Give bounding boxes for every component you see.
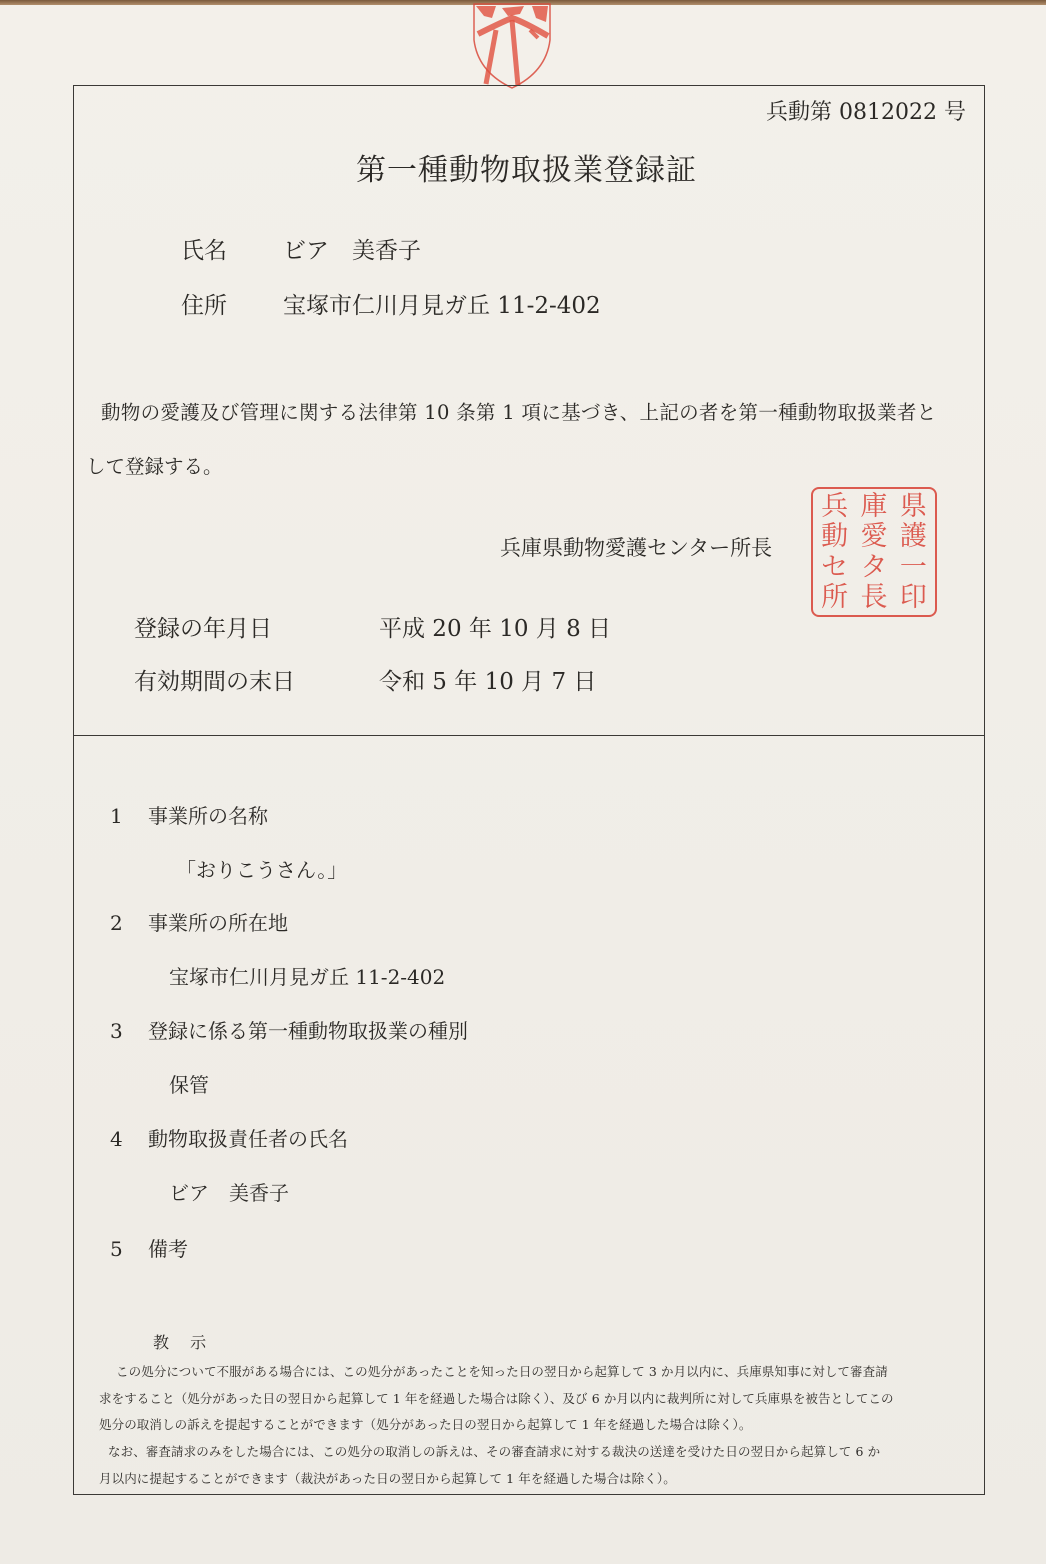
item-heading-remarks: 備考	[148, 1239, 188, 1259]
notice-line: なお、審査請求のみをした場合には、この処分の取消しの訴えは、その審査請求に対する…	[108, 1446, 880, 1459]
registration-number: 兵動第 0812022 号	[766, 102, 966, 124]
address-value: 宝塚市仁川月見ガ丘 11-2-402	[283, 295, 601, 318]
item-number: 4	[110, 1129, 123, 1149]
seal-char: 所	[821, 584, 848, 611]
notice-heading: 教 示	[153, 1335, 214, 1351]
item-number: 5	[110, 1239, 123, 1259]
expiry-date-value: 令和 5 年 10 月 7 日	[379, 671, 596, 694]
notice-line: この処分について不服がある場合には、この処分があったことを知った日の翌日から起算…	[116, 1366, 888, 1379]
seal-char: 庫	[860, 493, 887, 520]
item-heading-business-name: 事業所の名称	[148, 806, 268, 826]
seal-char: タ	[860, 554, 887, 581]
item-number: 1	[110, 806, 123, 826]
name-value: ビア 美香子	[283, 240, 421, 263]
item-value-business-name: 「おりこうさん。」	[176, 860, 347, 880]
notice-line: 処分の取消しの訴えを提起することができます（処分があった日の翌日から起算して 1…	[99, 1419, 751, 1432]
item-number: 2	[110, 913, 123, 933]
seal-char: 兵	[821, 493, 848, 520]
expiry-date-label: 有効期間の末日	[134, 671, 295, 694]
seal-char: 印	[900, 584, 927, 611]
registration-date-label: 登録の年月日	[134, 618, 272, 641]
body-text-line-2: して登録する。	[86, 457, 223, 477]
seal-char: 動	[821, 523, 848, 550]
seal-column: 県 護 一 印	[900, 491, 927, 613]
name-label: 氏名	[181, 240, 227, 263]
item-value-responsible-person: ビア 美香子	[169, 1183, 289, 1203]
registration-date-value: 平成 20 年 10 月 8 日	[379, 618, 611, 641]
item-value-business-location: 宝塚市仁川月見ガ丘 11-2-402	[169, 967, 445, 987]
issuer-title: 兵庫県動物愛護センター所長	[500, 538, 772, 559]
address-label: 住所	[181, 295, 227, 318]
partial-seal-stamp-icon	[462, 0, 562, 90]
seal-column: 兵 動 セ 所	[821, 491, 848, 613]
notice-line: 求をすること（処分があった日の翌日から起算して 1 年を経過した場合は除く）、及…	[99, 1393, 894, 1406]
seal-char: 一	[900, 554, 927, 581]
item-heading-business-type: 登録に係る第一種動物取扱業の種別	[148, 1021, 468, 1041]
body-text-line-1: 動物の愛護及び管理に関する法律第 10 条第 1 項に基づき、上記の者を第一種動…	[101, 403, 937, 423]
document-title: 第一種動物取扱業登録証	[356, 156, 697, 186]
seal-char: 護	[900, 523, 927, 550]
item-heading-responsible-person: 動物取扱責任者の氏名	[148, 1129, 348, 1149]
section-divider	[73, 735, 985, 736]
item-value-business-type: 保管	[169, 1075, 209, 1095]
seal-char: 県	[900, 493, 927, 520]
official-seal-stamp: 県 護 一 印 庫 愛 タ 長 兵 動 セ 所	[811, 487, 937, 617]
seal-column: 庫 愛 タ 長	[860, 491, 887, 613]
notice-line: 月以内に提起することができます（裁決があった日の翌日から起算して 1 年を経過し…	[99, 1473, 676, 1486]
seal-char: 長	[860, 584, 887, 611]
seal-char: 愛	[860, 523, 887, 550]
item-number: 3	[110, 1021, 123, 1041]
item-heading-business-location: 事業所の所在地	[148, 913, 288, 933]
seal-char: セ	[821, 554, 848, 581]
